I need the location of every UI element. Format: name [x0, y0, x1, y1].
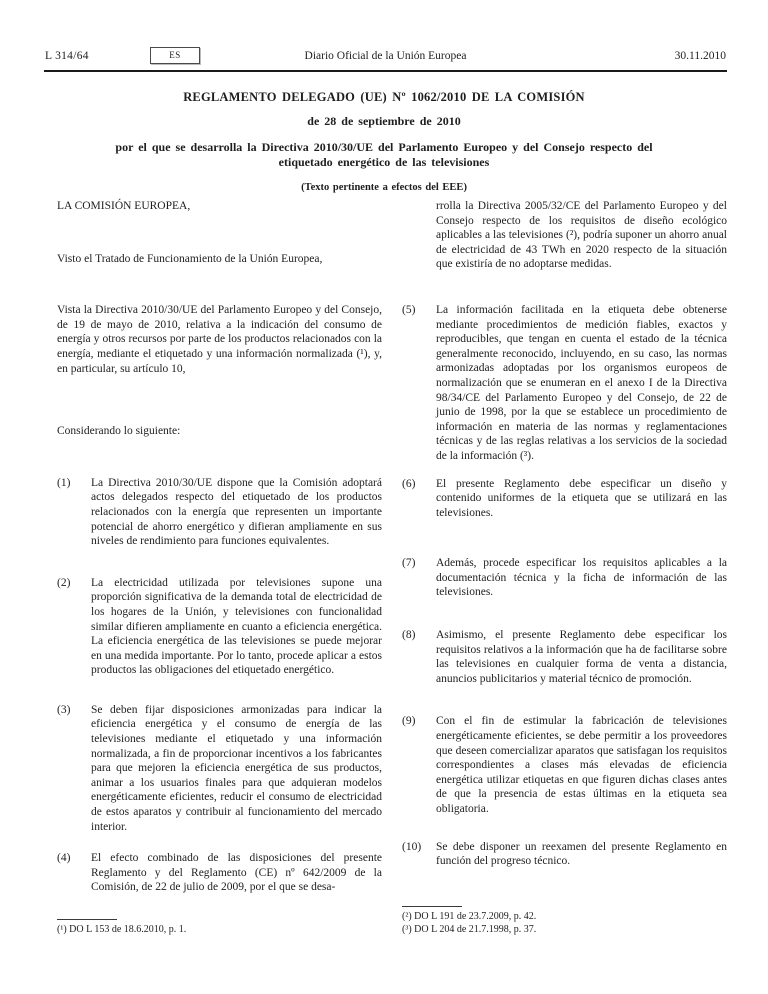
- recital-6: (6) El presente Reglamento debe especifi…: [402, 477, 727, 521]
- recital-4: (4) El efecto combinado de las disposici…: [57, 851, 382, 895]
- recital-5: (5) La información facilitada en la etiq…: [402, 303, 727, 464]
- recital-2: (2) La electricidad utilizada por televi…: [57, 576, 382, 678]
- footnote-3: (³) DO L 204 de 21.7.1998, p. 37.: [402, 924, 727, 937]
- citation-treaty: Visto el Tratado de Funcionamiento de la…: [57, 252, 382, 267]
- recital-number: (9): [402, 714, 436, 816]
- recital-number: (3): [57, 703, 91, 834]
- recital-text: El efecto combinado de las disposiciones…: [91, 851, 382, 895]
- recital-number: (1): [57, 476, 91, 549]
- recitals-lead-in: Considerando lo siguiente:: [57, 424, 382, 439]
- footnote-separator: [402, 906, 462, 907]
- header-rule: [44, 70, 727, 72]
- left-column: LA COMISIÓN EUROPEA, Visto el Tratado de…: [57, 199, 382, 936]
- recital-text: Se debe disponer un reexamen del present…: [436, 840, 727, 869]
- recital-number: (8): [402, 628, 436, 686]
- recital-text: La información facilitada en la etiqueta…: [436, 303, 727, 464]
- left-footnotes: (¹) DO L 153 de 18.6.2010, p. 1.: [57, 919, 382, 937]
- footnote-separator: [57, 919, 117, 920]
- recital-text: Se deben fijar disposiciones armonizadas…: [91, 703, 382, 834]
- recital-text: Con el fin de estimular la fabricación d…: [436, 714, 727, 816]
- title-block: REGLAMENTO DELEGADO (UE) Nº 1062/2010 DE…: [0, 90, 768, 193]
- recital-text: El presente Reglamento debe especificar …: [436, 477, 727, 521]
- footnote-2: (²) DO L 191 de 23.7.2009, p. 42.: [402, 911, 727, 924]
- regulation-date: de 28 de septiembre de 2010: [0, 114, 768, 129]
- recital-3: (3) Se deben fijar disposiciones armoniz…: [57, 703, 382, 834]
- recital-number: (7): [402, 556, 436, 600]
- two-column-body: LA COMISIÓN EUROPEA, Visto el Tratado de…: [57, 199, 727, 936]
- recital-number: (4): [57, 851, 91, 895]
- recital-10: (10) Se debe disponer un reexamen del pr…: [402, 840, 727, 869]
- recital-8: (8) Asimismo, el presente Reglamento deb…: [402, 628, 727, 686]
- recital-text: La electricidad utilizada por television…: [91, 576, 382, 678]
- recital-text: Asimismo, el presente Reglamento debe es…: [436, 628, 727, 686]
- recital-4-continuation: rrolla la Directiva 2005/32/CE del Parla…: [402, 199, 727, 272]
- header-date: 30.11.2010: [675, 50, 726, 62]
- eee-relevance-note: (Texto pertinente a efectos del EEE): [0, 182, 768, 193]
- recital-text: Además, procede especificar los requisit…: [436, 556, 727, 600]
- recital-text: rrolla la Directiva 2005/32/CE del Parla…: [436, 199, 727, 272]
- journal-title: Diario Oficial de la Unión Europea: [45, 50, 726, 62]
- recital-number: (10): [402, 840, 436, 869]
- recital-1: (1) La Directiva 2010/30/UE dispone que …: [57, 476, 382, 549]
- recital-number-empty: [402, 199, 436, 272]
- regulation-title: REGLAMENTO DELEGADO (UE) Nº 1062/2010 DE…: [0, 90, 768, 105]
- recital-number: (2): [57, 576, 91, 678]
- right-column: rrolla la Directiva 2005/32/CE del Parla…: [402, 199, 727, 936]
- document-page: L 314/64 ES Diario Oficial de la Unión E…: [0, 0, 768, 994]
- recital-9: (9) Con el fin de estimular la fabricaci…: [402, 714, 727, 816]
- salutation: LA COMISIÓN EUROPEA,: [57, 199, 382, 214]
- recital-text: La Directiva 2010/30/UE dispone que la C…: [91, 476, 382, 549]
- recital-number: (5): [402, 303, 436, 464]
- page-header: L 314/64 ES Diario Oficial de la Unión E…: [45, 49, 726, 67]
- right-footnotes: (²) DO L 191 de 23.7.2009, p. 42. (³) DO…: [402, 906, 727, 936]
- regulation-subtitle: por el que se desarrolla la Directiva 20…: [97, 140, 672, 170]
- recital-number: (6): [402, 477, 436, 521]
- citation-directive: Vista la Directiva 2010/30/UE del Parlam…: [57, 303, 382, 376]
- recital-7: (7) Además, procede especificar los requ…: [402, 556, 727, 600]
- footnote-1: (¹) DO L 153 de 18.6.2010, p. 1.: [57, 924, 382, 937]
